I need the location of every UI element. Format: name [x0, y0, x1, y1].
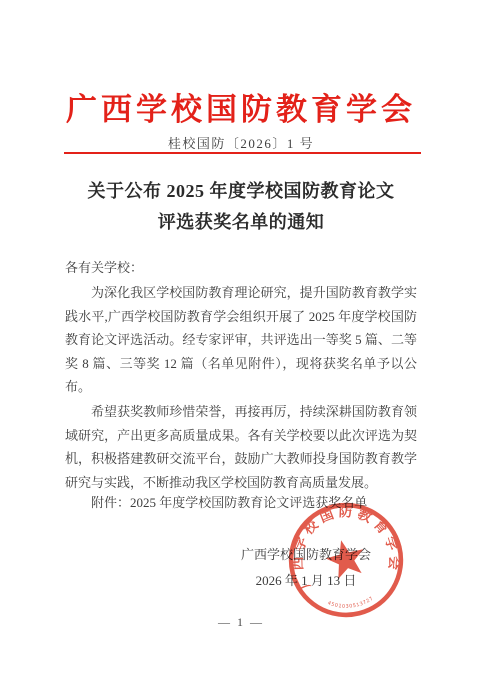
page-number: — 1 —	[0, 615, 482, 630]
issuing-org-header: 广西学校国防教育学会	[0, 84, 482, 129]
document-title-line1: 关于公布 2025 年度学校国防教育论文	[0, 176, 482, 207]
document-body: 各有关学校： 为深化我区学校国防教育理论研究，提升国防教育教学实践水平,广西学校…	[65, 256, 417, 494]
document-number: 桂校国防〔2026〕1 号	[0, 133, 482, 152]
signature-date: 2026 年 1 月 13 日	[230, 568, 382, 594]
attachment-line: 附件：2025 年度学校国防教育论文评选获奖名单	[65, 492, 417, 511]
document-page: 广西学校国防教育学会 桂校国防〔2026〕1 号 关于公布 2025 年度学校国…	[0, 0, 482, 681]
document-title: 关于公布 2025 年度学校国防教育论文 评选获奖名单的通知	[0, 176, 482, 238]
body-paragraph-1: 为深化我区学校国防教育理论研究，提升国防教育教学实践水平,广西学校国防教育学会组…	[65, 281, 417, 398]
signature-block: 广西学校国防教育学会 2026 年 1 月 13 日	[230, 542, 382, 594]
salutation: 各有关学校：	[65, 256, 417, 279]
signature-org: 广西学校国防教育学会	[230, 542, 382, 568]
body-paragraph-2: 希望获奖教师珍惜荣誉，再接再厉，持续深耕国防教育领域研究，产出更多高质量成果。各…	[65, 400, 417, 494]
red-divider-line	[64, 152, 421, 154]
document-title-line2: 评选获奖名单的通知	[0, 207, 482, 238]
